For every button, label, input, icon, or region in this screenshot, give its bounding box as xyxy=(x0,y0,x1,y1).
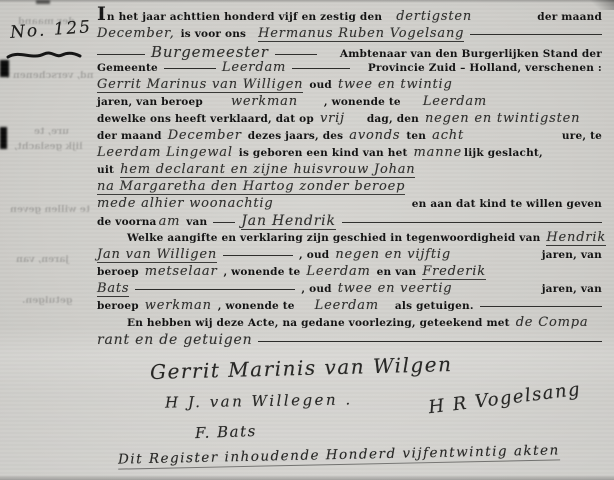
signature-declarant: Gerrit Marinis van Wilgen xyxy=(150,352,453,384)
handwritten-witness2-residence: Leerdam xyxy=(315,298,379,313)
printed-text: oud xyxy=(309,79,332,91)
scan-artifact xyxy=(0,127,7,149)
printed-text: der maand xyxy=(537,11,602,23)
printed-text: der maand xyxy=(97,130,162,142)
line-beroep: jaren, van beroep werkman , wonende te L… xyxy=(97,94,602,111)
printed-text: , oud xyxy=(301,283,331,295)
printed-text: Ambtenaar van den Burgerlijken Stand der xyxy=(340,48,602,60)
register-closing-note: Dit Register inhoudende Honderd vijfentw… xyxy=(118,442,560,469)
blank-rule xyxy=(292,58,350,69)
blank-rule xyxy=(342,212,602,223)
line-birthtime: der maand December dezes jaars, des avon… xyxy=(97,128,602,145)
printed-text: En hebben wij deze Acte, na gedane voorl… xyxy=(127,317,510,329)
line-closing-2: rant en de getuigen xyxy=(97,332,602,349)
line-witness1: Jan van Willigen , oud negen en vijftig … xyxy=(97,247,602,264)
line-closing-1: En hebben wij deze Acte, na gedane voorl… xyxy=(97,315,602,332)
handwritten-birthday: negen en twintigsten xyxy=(425,111,580,126)
line-witness-intro: Welke aangifte en verklaring zijn geschi… xyxy=(97,230,602,247)
blank-rule xyxy=(223,245,293,256)
bleed-text: getuigen. xyxy=(22,295,73,306)
handwritten-closing-2: rant en de getuigen xyxy=(97,332,252,348)
printed-text: Welke aangifte en verklaring zijn geschi… xyxy=(127,232,540,244)
printed-text: als getuigen. xyxy=(395,300,474,312)
line-parents-3: mede alhier woonachtig en aan dat kind t… xyxy=(97,196,602,213)
line-declarant: Gerrit Marinus van Willigen oud twee en … xyxy=(97,77,602,94)
blank-rule xyxy=(135,279,295,290)
printed-text: Gemeente xyxy=(97,62,158,74)
printed-text: dag, den xyxy=(367,113,419,125)
handwritten-municipality: Leerdam xyxy=(222,60,286,75)
handwritten-witness1-residence: Leerdam xyxy=(306,264,370,279)
handwritten-birthmonth: December xyxy=(168,128,242,143)
bleed-text: ure, te xyxy=(34,126,69,137)
handwritten-day: dertigsten xyxy=(396,9,472,24)
printed-text: van xyxy=(186,216,207,228)
scanned-birth-certificate: No. 125 der maand nd, verschenen : ure, … xyxy=(0,0,614,480)
blank-rule xyxy=(470,24,602,35)
printed-text: ure, te xyxy=(562,130,602,142)
printed-text: Provincie Zuid – Holland, verschenen : xyxy=(368,62,602,74)
flourish-swash xyxy=(6,47,82,63)
printed-text: , wonende te xyxy=(223,266,300,278)
handwritten-daypart: avonds xyxy=(349,128,400,143)
signature-official: H R Vogelsang xyxy=(427,379,582,419)
handwritten-parents: hem declarant en zijne huisvrouw Johan xyxy=(120,162,415,178)
blank-rule xyxy=(97,44,145,55)
handwritten-witness1-first: Hendrik xyxy=(546,230,606,246)
handwritten-witness2-first: Frederik xyxy=(422,264,486,280)
line-parents-2: na Margaretha den Hartog zonder beroep xyxy=(97,179,602,196)
handwritten-witness2-age: twee en veertig xyxy=(338,281,453,296)
printed-text: , oud xyxy=(299,249,329,261)
handwritten-official-name: Hermanus Ruben Vogelsang xyxy=(258,26,464,42)
handwritten-witness1-age: negen en vijftig xyxy=(335,247,451,262)
printed-text: en aan dat kind te willen geven xyxy=(412,198,602,210)
scan-artifact xyxy=(0,475,614,480)
line-birthplace: Leerdam Lingewal is geboren een kind van… xyxy=(97,145,602,162)
printed-text: uit xyxy=(97,164,114,176)
handwritten-suffix: am xyxy=(159,214,181,229)
blank-rule xyxy=(275,44,317,55)
line-parents-1: uit hem declarant en zijne huisvrouw Joh… xyxy=(97,162,602,179)
scan-artifact xyxy=(0,0,614,3)
handwritten-occupation: werkman xyxy=(231,94,298,109)
handwritten-gender: manne xyxy=(414,145,463,160)
handwritten-declarant-name: Gerrit Marinus van Willigen xyxy=(97,77,303,93)
handwritten-age: twee en twintig xyxy=(338,77,453,92)
handwritten-witness1-name: Jan van Willigen xyxy=(97,247,217,263)
printed-text: beroep xyxy=(97,266,139,278)
printed-text: dezes jaars, des xyxy=(248,130,344,142)
bleed-text: jaren, van xyxy=(16,254,69,265)
handwritten-witness2-name: Bats xyxy=(97,281,129,297)
handwritten-mother-name: na Margaretha den Hartog zonder beroep xyxy=(97,179,405,195)
printed-text: is geboren een kind van het xyxy=(239,147,408,159)
printed-text: is voor ons xyxy=(181,28,247,40)
dropcap-I: I xyxy=(97,9,106,19)
blank-rule xyxy=(213,212,235,223)
handwritten-birthplace: Leerdam Lingewal xyxy=(97,145,233,160)
bleed-text: lijk geslacht, xyxy=(14,141,83,152)
bleed-text: nd, verschenen : xyxy=(6,70,94,81)
bleed-text: te willen geven xyxy=(10,204,90,215)
printed-text: beroep xyxy=(97,300,139,312)
printed-text: jaren, van beroep xyxy=(97,96,203,108)
signature-witness2: F. Bats xyxy=(195,422,257,442)
bleed-text: der maand xyxy=(18,16,75,27)
handwritten-witness1-occupation: metselaar xyxy=(145,264,218,279)
blank-rule xyxy=(258,331,602,342)
printed-text: n het jaar achttien honderd vijf en zest… xyxy=(107,11,382,23)
scan-artifact xyxy=(0,60,9,77)
handwritten-child-name: Jan Hendrik xyxy=(241,213,335,230)
line-official: December, is voor ons Hermanus Ruben Vog… xyxy=(97,26,602,43)
handwritten-residence: Leerdam xyxy=(423,94,487,109)
handwritten-month: December, xyxy=(97,26,175,41)
blank-rule xyxy=(480,296,602,307)
printed-text: de voorna xyxy=(97,216,157,228)
line-verklaard: dewelke ons heeft verklaard, dat op vrij… xyxy=(97,111,602,128)
handwritten-witness2-occupation: werkman xyxy=(145,298,212,313)
printed-text: lijk geslacht, xyxy=(464,147,543,159)
line-childname: de voorna am van Jan Hendrik xyxy=(97,213,602,230)
printed-text: , wonende te xyxy=(324,96,401,108)
printed-text: , wonende te xyxy=(218,300,295,312)
handwritten-weekday: vrij xyxy=(320,111,345,126)
line-witness2-beroep: beroep werkman , wonende te Leerdam als … xyxy=(97,298,602,315)
printed-text: ten xyxy=(406,130,426,142)
printed-text: jaren, van xyxy=(542,249,602,261)
signature-witness1: H J. van Willegen . xyxy=(165,390,353,411)
handwritten-hour: acht xyxy=(432,128,464,143)
printed-text: dewelke ons heeft verklaard, dat op xyxy=(97,113,314,125)
handwritten-residence-note: mede alhier woonachtig xyxy=(97,196,274,211)
line-gemeente: Gemeente Leerdam Provincie Zuid – Hollan… xyxy=(97,60,602,77)
printed-text: en van xyxy=(377,266,417,278)
blank-rule xyxy=(164,58,216,69)
printed-text: jaren, van xyxy=(542,283,602,295)
handwritten-closing: de Compa xyxy=(516,315,589,330)
